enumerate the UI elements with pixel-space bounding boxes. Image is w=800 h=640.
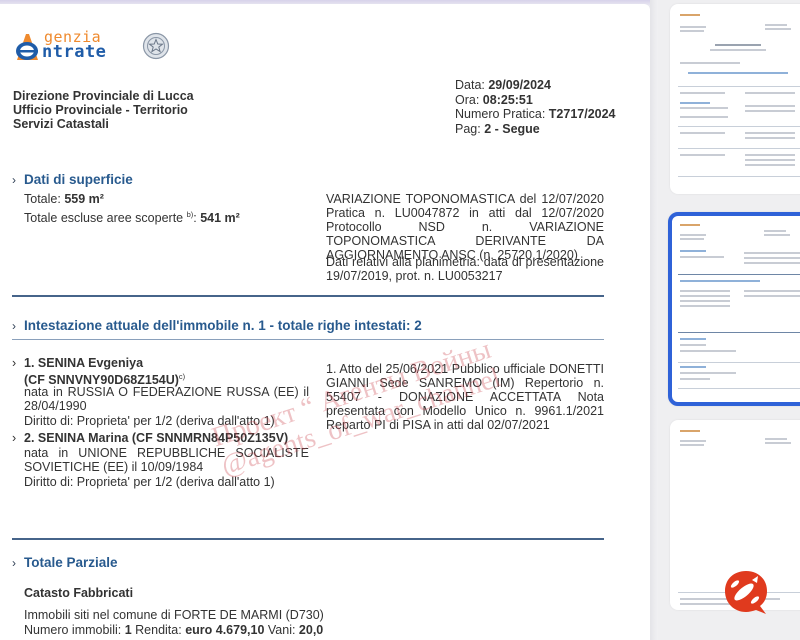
thumb-line: [680, 132, 725, 134]
owner-2-birth: nata in UNIONE REPUBBLICHE SOCIALISTE SO…: [24, 446, 309, 474]
logo-text-ntrate: ntrate: [42, 42, 106, 62]
page-thumbnail-1[interactable]: [670, 4, 800, 194]
thumb-logo: [680, 14, 700, 16]
rendita-summary: Numero immobili: 1 Rendita: euro 4.679,1…: [24, 623, 323, 637]
thumb-line: [745, 132, 795, 134]
thumb-line: [680, 62, 740, 64]
thumb-line: [765, 28, 791, 30]
meta-pratica: Numero Pratica: T2717/2024: [455, 107, 616, 122]
variazione-text: VARIAZIONE TOPONOMASTICA del 12/07/2020 …: [326, 192, 604, 262]
thumb-line: [764, 234, 790, 236]
document-meta: Data: 29/09/2024 Ora: 08:25:51 Numero Pr…: [455, 78, 616, 136]
thumb-sep: [678, 126, 800, 127]
thumb-line: [680, 102, 710, 104]
thumb-sep: [678, 86, 800, 87]
thumb-line: [680, 116, 728, 118]
thumb-line: [680, 154, 725, 156]
owner-2: ›2. SENINA Marina (CF SNNMRN84P50Z135V): [12, 431, 288, 445]
thumb-line: [710, 49, 766, 51]
chevron-right-icon: ›: [12, 556, 24, 570]
thumb-line: [765, 442, 791, 444]
thumb-line: [745, 159, 795, 161]
thumb-logo: [680, 430, 700, 432]
thumb-line: [680, 366, 706, 368]
office-line: Servizi Catastali: [13, 117, 194, 131]
agenzia-entrate-logo: genzia ntrate: [14, 26, 164, 66]
owner-1-right: Diritto di: Proprieta' per 1/2 (deriva d…: [24, 414, 275, 428]
meta-page: Pag: 2 - Segue: [455, 122, 616, 137]
owner-1: ›1. SENINA Evgeniya: [12, 356, 143, 370]
section-underline: [12, 339, 604, 340]
owner-1-birth: nata in RUSSIA O FEDERAZIONE RUSSA (EE) …: [24, 385, 309, 413]
agents-of-war-badge-icon: [722, 568, 770, 616]
office-line: Direzione Provinciale di Lucca: [13, 89, 194, 103]
thumb-sep: [678, 362, 800, 363]
thumb-line: [744, 290, 800, 292]
thumb-line: [680, 250, 706, 252]
superficie-totale: Totale: 559 m²: [24, 192, 104, 206]
thumb-line: [680, 280, 760, 282]
owner-2-right: Diritto di: Proprieta' per 1/2 (deriva d…: [24, 475, 275, 489]
thumb-line: [680, 290, 730, 292]
chevron-right-icon: ›: [12, 173, 24, 187]
thumb-line: [744, 257, 800, 259]
section-divider: [12, 295, 604, 297]
thumb-logo: [680, 224, 700, 226]
thumb-title: [715, 44, 761, 46]
thumb-sep: [678, 148, 800, 149]
thumb-line: [680, 238, 704, 240]
thumb-line: [680, 26, 706, 28]
thumb-line: [765, 24, 787, 26]
sidebar-divider[interactable]: [650, 0, 658, 640]
office-info: Direzione Provinciale di Lucca Ufficio P…: [13, 89, 194, 131]
thumb-line: [765, 438, 787, 440]
chevron-right-icon: ›: [12, 356, 24, 370]
thumb-line: [680, 107, 728, 109]
page-thumbnail-2[interactable]: [668, 212, 800, 406]
atto-text: 1. Atto del 25/06/2021 Pubblico ufficial…: [326, 362, 604, 432]
thumb-line: [680, 378, 710, 380]
thumb-line: [680, 30, 704, 32]
office-line: Ufficio Provinciale - Territorio: [13, 103, 194, 117]
document-page: genzia ntrate Direzione Provinciale di L…: [0, 4, 650, 640]
superficie-escluse: Totale escluse aree scoperte b): 541 m²: [24, 208, 240, 225]
thumb-sep: [678, 176, 800, 177]
thumb-line: [680, 350, 736, 352]
section-title-totale-parziale[interactable]: ›Totale Parziale: [12, 555, 118, 570]
thumb-line: [745, 154, 795, 156]
thumb-line: [688, 72, 788, 74]
thumb-line: [680, 92, 725, 94]
thumb-line: [745, 105, 795, 107]
thumb-sep: [678, 274, 800, 275]
thumb-line: [680, 305, 730, 307]
thumb-line: [680, 300, 730, 302]
thumb-line: [680, 234, 706, 236]
thumb-line: [680, 295, 730, 297]
comune-text: Immobili siti nel comune di FORTE DE MAR…: [24, 608, 324, 622]
thumb-line: [680, 338, 706, 340]
meta-time: Ora: 08:25:51: [455, 93, 616, 108]
thumb-line: [744, 262, 800, 264]
thumb-line: [745, 164, 795, 166]
thumb-line: [764, 230, 786, 232]
agenzia-entrate-logo-icon: [14, 32, 40, 62]
thumb-line: [744, 295, 800, 297]
chevron-right-icon: ›: [12, 431, 24, 445]
thumb-line: [680, 256, 724, 258]
section-title-intestazione[interactable]: ›Intestazione attuale dell'immobile n. 1…: [12, 318, 422, 333]
thumb-sep: [678, 332, 800, 333]
thumb-line: [680, 444, 704, 446]
thumb-line: [745, 92, 795, 94]
italian-republic-emblem-icon: [142, 32, 170, 60]
thumb-line: [680, 372, 736, 374]
thumb-sep: [678, 388, 800, 389]
thumb-line: [744, 252, 800, 254]
meta-date: Data: 29/09/2024: [455, 78, 616, 93]
thumb-line: [680, 344, 706, 346]
section-divider: [12, 538, 604, 540]
thumb-line: [745, 137, 795, 139]
catasto-label: Catasto Fabbricati: [24, 586, 133, 600]
chevron-right-icon: ›: [12, 319, 24, 333]
planimetria-text: Dati relativi alla planimetria: data di …: [326, 255, 604, 283]
thumb-line: [680, 440, 706, 442]
section-title-superficie[interactable]: ›Dati di superficie: [12, 172, 133, 187]
thumb-line: [745, 110, 795, 112]
